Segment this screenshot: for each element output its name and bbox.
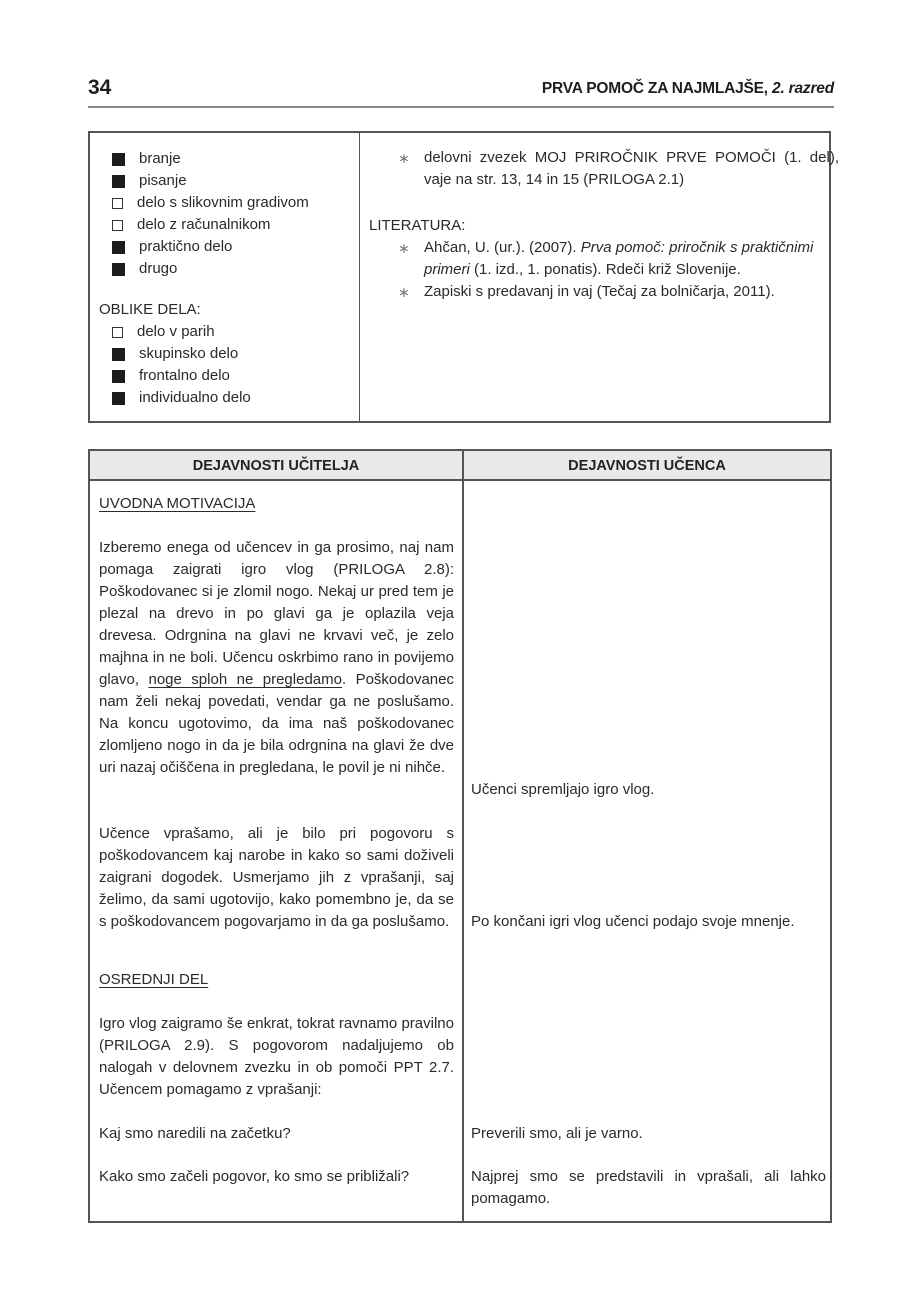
column-divider bbox=[462, 451, 464, 1221]
checklist-label: praktično delo bbox=[139, 236, 232, 258]
work-forms-list: delo v parihskupinsko delofrontalno delo… bbox=[112, 321, 251, 409]
running-title: PRVA POMOČ ZA NAJMLAJŠE, 2. razred bbox=[542, 80, 834, 98]
student-answer-2: Najprej smo se predstavili in vprašali, … bbox=[471, 1166, 826, 1210]
checked-box-icon bbox=[112, 392, 125, 405]
page-number: 34 bbox=[88, 76, 111, 100]
teacher-paragraph-roleplay: Izberemo enega od učencev in ga prosimo,… bbox=[99, 537, 454, 779]
checklist-item: individualno delo bbox=[112, 387, 251, 409]
checklist-item: frontalno delo bbox=[112, 365, 251, 387]
paragraph-text: Izberemo enega od učencev in ga prosimo,… bbox=[99, 539, 454, 688]
unchecked-box-icon bbox=[112, 198, 123, 209]
lesson-info-box: branjepisanjedelo s slikovnim gradivomde… bbox=[88, 131, 831, 423]
checklist-label: delo z računalnikom bbox=[137, 214, 270, 236]
materials-column: ∗delovni zvezek MOJ PRIROČNIK PRVE POMOČ… bbox=[360, 133, 829, 421]
checked-box-icon bbox=[112, 153, 125, 166]
material-item: ∗delovni zvezek MOJ PRIROČNIK PRVE POMOČ… bbox=[386, 147, 839, 191]
checked-box-icon bbox=[112, 175, 125, 188]
checklist-item: praktično delo bbox=[112, 236, 309, 258]
checklist-item: delo v parih bbox=[112, 321, 251, 343]
asterisk-bullet-icon: ∗ bbox=[398, 237, 410, 259]
checklist-item: pisanje bbox=[112, 170, 309, 192]
checklist-label: delo v parih bbox=[137, 321, 215, 343]
literature-item: ∗Ahčan, U. (ur.). (2007). Prva pomoč: pr… bbox=[386, 237, 839, 281]
checklist-item: skupinsko delo bbox=[112, 343, 251, 365]
checklist-label: individualno delo bbox=[139, 387, 251, 409]
checklist-label: branje bbox=[139, 148, 181, 170]
book-title: PRVA POMOČ ZA NAJMLAJŠE, bbox=[542, 80, 768, 97]
student-activity-opinion: Po končani igri vlog učenci podajo svoje… bbox=[471, 911, 826, 933]
checked-box-icon bbox=[112, 370, 125, 383]
unchecked-box-icon bbox=[112, 327, 123, 338]
emphasized-text: noge sploh ne pregledamo bbox=[148, 671, 341, 688]
page-header: 34 PRVA POMOČ ZA NAJMLAJŠE, 2. razred bbox=[88, 76, 834, 108]
student-activities-header: DEJAVNOSTI UČENCA bbox=[464, 451, 830, 479]
checklist-item: delo s slikovnim gradivom bbox=[112, 192, 309, 214]
activities-table: DEJAVNOSTI UČITELJA DEJAVNOSTI UČENCA UV… bbox=[88, 449, 832, 1223]
literature-item: ∗Zapiski s predavanj in vaj (Tečaj za bo… bbox=[386, 281, 839, 303]
checklist-label: delo s slikovnim gradivom bbox=[137, 192, 309, 214]
checklist-item: branje bbox=[112, 148, 309, 170]
section-heading-intro: UVODNA MOTIVACIJA bbox=[99, 493, 454, 515]
checklist-item: delo z računalnikom bbox=[112, 214, 309, 236]
asterisk-bullet-icon: ∗ bbox=[398, 281, 410, 303]
teacher-question-1: Kaj smo naredili na začetku? bbox=[99, 1123, 454, 1145]
unchecked-box-icon bbox=[112, 220, 123, 231]
student-answer-1: Preverili smo, ali je varno. bbox=[471, 1123, 826, 1145]
checklist-item: drugo bbox=[112, 258, 309, 280]
materials-list: ∗delovni zvezek MOJ PRIROČNIK PRVE POMOČ… bbox=[386, 147, 839, 191]
checked-box-icon bbox=[112, 241, 125, 254]
literature-list: ∗Ahčan, U. (ur.). (2007). Prva pomoč: pr… bbox=[386, 237, 839, 303]
checklist-label: skupinsko delo bbox=[139, 343, 238, 365]
teacher-question-2: Kako smo začeli pogovor, ko smo se pribl… bbox=[99, 1166, 454, 1188]
table-header-row: DEJAVNOSTI UČITELJA DEJAVNOSTI UČENCA bbox=[90, 451, 830, 481]
teacher-paragraph-replay: Igro vlog zaigramo še enkrat, tokrat rav… bbox=[99, 1013, 454, 1101]
checklist-label: frontalno delo bbox=[139, 365, 230, 387]
book-subtitle: 2. razred bbox=[772, 80, 834, 97]
checklist-label: pisanje bbox=[139, 170, 187, 192]
work-forms-heading: OBLIKE DELA: bbox=[99, 299, 201, 321]
checked-box-icon bbox=[112, 348, 125, 361]
checklist-label: drugo bbox=[139, 258, 177, 280]
asterisk-bullet-icon: ∗ bbox=[398, 147, 410, 169]
activity-types-column: branjepisanjedelo s slikovnim gradivomde… bbox=[90, 133, 360, 421]
book-title-italic: Prva pomoč: priročnik s praktičnimi prim… bbox=[424, 239, 813, 278]
activity-types-list: branjepisanjedelo s slikovnim gradivomde… bbox=[112, 148, 309, 280]
teacher-paragraph-discussion: Učence vprašamo, ali je bilo pri pogovor… bbox=[99, 823, 454, 933]
checked-box-icon bbox=[112, 263, 125, 276]
teacher-activities-header: DEJAVNOSTI UČITELJA bbox=[90, 451, 462, 479]
section-heading-main: OSREDNJI DEL bbox=[99, 969, 454, 991]
literature-heading: LITERATURA: bbox=[369, 215, 465, 237]
student-activity-watch: Učenci spremljajo igro vlog. bbox=[471, 779, 826, 801]
